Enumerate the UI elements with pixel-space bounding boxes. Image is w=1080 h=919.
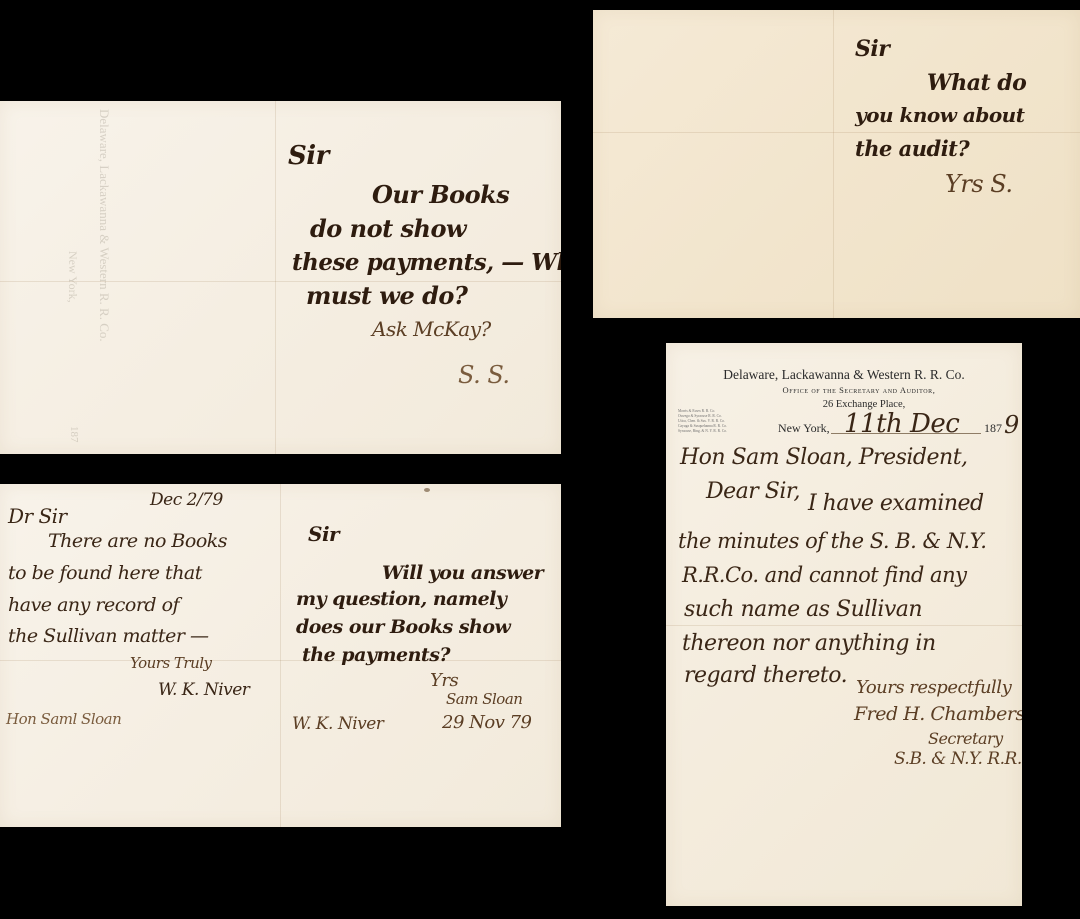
body-line: the minutes of the S. B. & N.Y. xyxy=(678,531,986,552)
fold-line xyxy=(280,484,281,827)
handwritten-date: 11th Dec xyxy=(844,411,959,437)
body-line: such name as Sullivan xyxy=(684,599,922,621)
signature: Fred H. Chambers xyxy=(854,705,1022,724)
fold-line xyxy=(275,101,276,454)
note-date: Dec 2/79 xyxy=(150,492,223,509)
note-line: does our Books show xyxy=(296,618,510,637)
letterhead-city: New York, xyxy=(778,421,830,436)
letter-bottom-right: Delaware, Lackawanna & Western R. R. Co.… xyxy=(666,343,1022,906)
salutation: Dr Sir xyxy=(8,506,67,526)
salutation: Sir xyxy=(308,524,339,544)
note-line: have any record of xyxy=(8,596,179,615)
note-line: Will you answer xyxy=(382,564,543,583)
signature: S. S. xyxy=(458,363,510,387)
note-line: you know about xyxy=(855,105,1024,125)
letter-top-right: Sir What do you know about the audit? Yr… xyxy=(593,10,1080,318)
addressee: Hon Sam Sloan, President, xyxy=(680,447,968,469)
letterhead-company: Delaware, Lackawanna & Western R. R. Co. xyxy=(666,367,1022,383)
note-line: these payments, — What xyxy=(292,251,561,274)
fold-line xyxy=(0,660,561,661)
body-line: R.R.Co. and cannot find any xyxy=(682,565,966,586)
fold-line xyxy=(666,625,1022,626)
signer-organization: S.B. & N.Y. R.R.Co. xyxy=(894,751,1022,768)
fold-line xyxy=(833,10,834,318)
note-date: 29 Nov 79 xyxy=(442,714,532,732)
note-line: the audit? xyxy=(855,138,969,159)
note-line: do not show xyxy=(310,217,466,241)
reverse-year-ghost: 187 xyxy=(68,426,80,443)
letterhead-office: Office of the Secretary and Auditor, xyxy=(696,385,1022,395)
affiliated-railroads-list: Morris & Essex R. R. Co. Oswego & Syracu… xyxy=(678,409,727,434)
note-line: There are no Books xyxy=(48,532,227,551)
salutation: Sir xyxy=(288,143,329,169)
note-line: my question, namely xyxy=(296,590,506,609)
letter-top-left: Delaware, Lackawanna & Western R. R. Co.… xyxy=(0,101,561,454)
addressee: Hon Saml Sloan xyxy=(6,712,121,727)
note-line: must we do? xyxy=(306,284,467,308)
signer-title: Secretary xyxy=(928,731,1003,747)
note-line: to be found here that xyxy=(8,564,202,583)
note-line: What do xyxy=(927,72,1026,94)
fold-line xyxy=(593,132,1080,133)
reverse-city-ghost: New York, xyxy=(65,251,80,303)
signature: Sam Sloan xyxy=(446,692,522,707)
body-line: I have examined xyxy=(808,493,984,515)
letterhead-year: 187 xyxy=(984,421,1002,436)
note-line: Ask McKay? xyxy=(372,319,491,339)
closing: Yrs xyxy=(430,672,458,690)
note-line: Our Books xyxy=(372,183,509,207)
fold-line xyxy=(0,281,561,282)
salutation: Sir xyxy=(855,38,889,60)
closing: Yours respectfully xyxy=(856,679,1011,697)
reverse-letterhead-ghost: Delaware, Lackawanna & Western R. R. Co. xyxy=(96,109,112,342)
note-line: the Sullivan matter — xyxy=(8,627,208,646)
letter-bottom-left: Dec 2/79 Dr Sir There are no Books to be… xyxy=(0,484,561,827)
handwritten-year-digit: 9 xyxy=(1004,413,1019,437)
body-line: regard thereto. xyxy=(684,665,847,687)
affiliated-railroad: Syracuse, Bing. & N. Y. R. R. Co. xyxy=(678,429,727,434)
note-line: the payments? xyxy=(302,646,450,665)
signature: W. K. Niver xyxy=(158,682,249,699)
signature: Yrs S. xyxy=(945,172,1012,196)
body-line: thereon nor anything in xyxy=(682,633,936,655)
closing: Yours Truly xyxy=(130,656,212,671)
salutation: Dear Sir, xyxy=(706,481,800,503)
recipient: W. K. Niver xyxy=(292,716,383,733)
ink-blot xyxy=(424,488,430,492)
